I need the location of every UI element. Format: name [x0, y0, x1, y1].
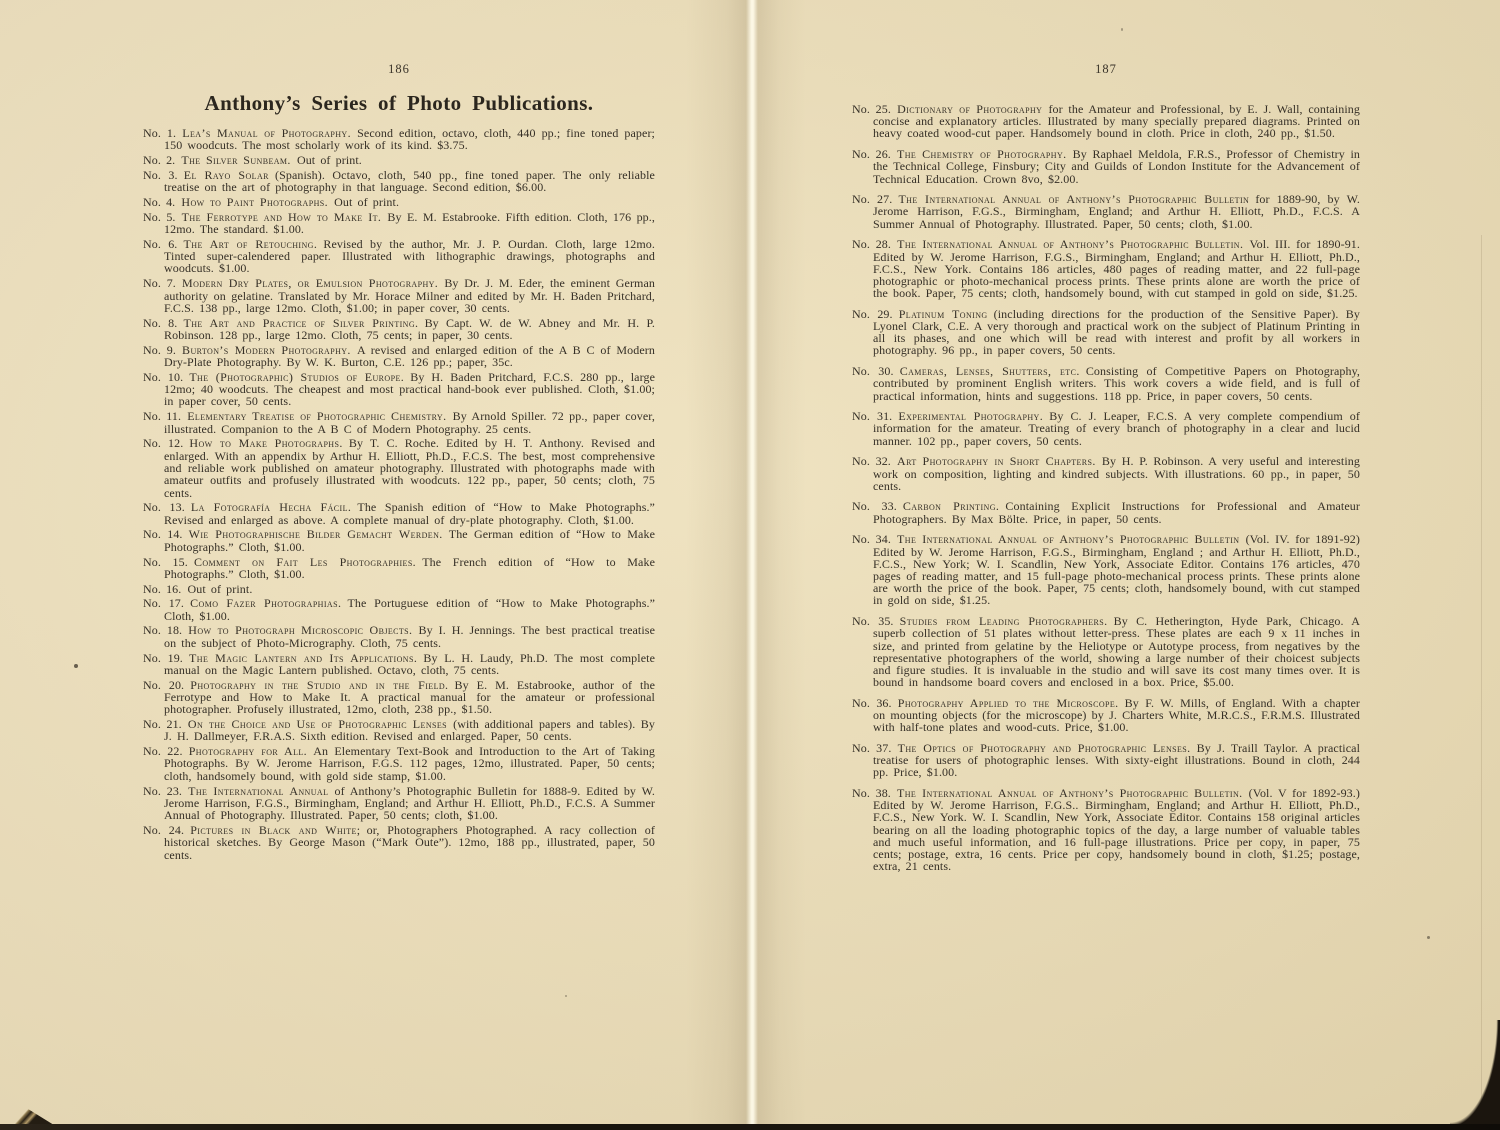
publication-entry: No. 38. The International Annual of Anth… — [852, 787, 1360, 872]
publication-entry: No. 23. The International Annual of Anth… — [143, 785, 655, 822]
publication-entry: No. 37. The Optics of Photography and Ph… — [852, 742, 1360, 779]
publication-entry: No. 31. Experimental Photography. By C. … — [852, 410, 1360, 447]
bottom-right-page-corner-shadow — [1450, 1020, 1500, 1130]
entry-number: No. 16. — [143, 582, 181, 596]
paper-speck — [1121, 28, 1123, 31]
page-186: 186 Anthony’s Series of Photo Publicatio… — [143, 62, 655, 863]
publication-entry: No. 4. How to Paint Photographs. Out of … — [143, 196, 655, 208]
entry-number: No. 2. — [143, 153, 175, 167]
paper-speck — [74, 664, 78, 668]
publication-list-right: No. 25. Dictionary of Photography for th… — [852, 103, 1360, 872]
publication-entry: No. 29. Platinum Toning (including direc… — [852, 308, 1360, 357]
page-edge-line — [1481, 235, 1482, 1120]
entry-number: No. 4. — [143, 195, 175, 209]
entry-text: Out of print. — [297, 153, 362, 167]
publication-entry: No. 6. The Art of Retouching. Revised by… — [143, 238, 655, 275]
publication-entry: No. 7. Modern Dry Plates, or Emulsion Ph… — [143, 277, 655, 314]
publication-entry: No. 19. The Magic Lantern and Its Applic… — [143, 652, 655, 677]
page-title: Anthony’s Series of Photo Publications. — [143, 91, 655, 116]
paper-speck — [1427, 936, 1430, 939]
entry-text: Out of print. — [187, 582, 252, 596]
paper-speck — [565, 995, 567, 997]
publication-entry: No. 18. How to Photograph Microscopic Ob… — [143, 624, 655, 649]
publication-entry: No. 33. Carbon Printing. Containing Expl… — [852, 500, 1360, 524]
publication-entry: No. 26. The Chemistry of Photography. By… — [852, 148, 1360, 185]
publication-entry: No. 24. Pictures in Black and White; or,… — [143, 824, 655, 861]
publication-entry: No. 10. The (Photographic) Studios of Eu… — [143, 371, 655, 408]
publication-entry: No. 5. The Ferrotype and How to Make It.… — [143, 211, 655, 236]
page-187: 187 No. 25. Dictionary of Photography fo… — [852, 62, 1360, 881]
publication-entry: No. 35. Studies from Leading Photographe… — [852, 615, 1360, 688]
entry-text: (Vol. IV. for 1891-92) Edited by W. Jero… — [873, 532, 1360, 607]
publication-entry: No. 36. Photography Applied to the Micro… — [852, 697, 1360, 734]
publication-entry: No. 14. Wie Photographische Bilder Gemac… — [143, 528, 655, 553]
publication-entry: No. 9. Burton’s Modern Photography. A re… — [143, 344, 655, 369]
publication-entry: No. 1. Lea’s Manual of Photography. Seco… — [143, 127, 655, 152]
entry-text: Out of print. — [334, 195, 399, 209]
publication-entry: No. 17. Como Fazer Photographias. The Po… — [143, 597, 655, 622]
publication-entry: No. 27. The International Annual of Anth… — [852, 193, 1360, 230]
publication-entry: No. 3. El Rayo Solar (Spanish). Octavo, … — [143, 169, 655, 194]
publication-entry: No. 20. Photography in the Studio and in… — [143, 679, 655, 716]
publication-entry: No. 12. How to Make Photographs. By T. C… — [143, 437, 655, 498]
publication-entry: No. 15. Comment on Fait Les Photographie… — [143, 556, 655, 581]
publication-entry: No. 22. Photography for All. An Elementa… — [143, 745, 655, 782]
publication-entry: No. 28. The International Annual of Anth… — [852, 238, 1360, 299]
publication-entry: No. 30. Cameras, Lenses, Shutters, etc. … — [852, 365, 1360, 402]
entry-text: By C. Hetherington, Hyde Park, Chicago. … — [873, 614, 1360, 689]
page-number-right: 187 — [852, 62, 1360, 77]
entry-title: The Silver Sunbeam. — [181, 153, 290, 167]
publication-entry: No. 13. La Fotografía Hecha Fácil. The S… — [143, 501, 655, 526]
publication-entry: No. 16. Out of print. — [143, 583, 655, 595]
publication-entry: No. 32. Art Photography in Short Chapter… — [852, 455, 1360, 492]
scan-bottom-edge — [0, 1124, 1500, 1130]
entry-title: How to Paint Photographs. — [181, 195, 328, 209]
publication-entry: No. 8. The Art and Practice of Silver Pr… — [143, 317, 655, 342]
page-number-left: 186 — [143, 62, 655, 77]
publication-entry: No. 11. Elementary Treatise of Photograp… — [143, 410, 655, 435]
publication-entry: No. 25. Dictionary of Photography for th… — [852, 103, 1360, 140]
publication-entry: No. 2. The Silver Sunbeam. Out of print. — [143, 154, 655, 166]
publication-entry: No. 21. On the Choice and Use of Photogr… — [143, 718, 655, 743]
publication-entry: No. 34. The International Annual of Anth… — [852, 533, 1360, 606]
entry-text: (Vol. V for 1892-93.) Edited by W. Jerom… — [873, 786, 1360, 873]
book-gutter-shadow — [686, 0, 806, 1124]
book-scan: 186 Anthony’s Series of Photo Publicatio… — [0, 0, 1500, 1130]
publication-list-left: No. 1. Lea’s Manual of Photography. Seco… — [143, 127, 655, 861]
